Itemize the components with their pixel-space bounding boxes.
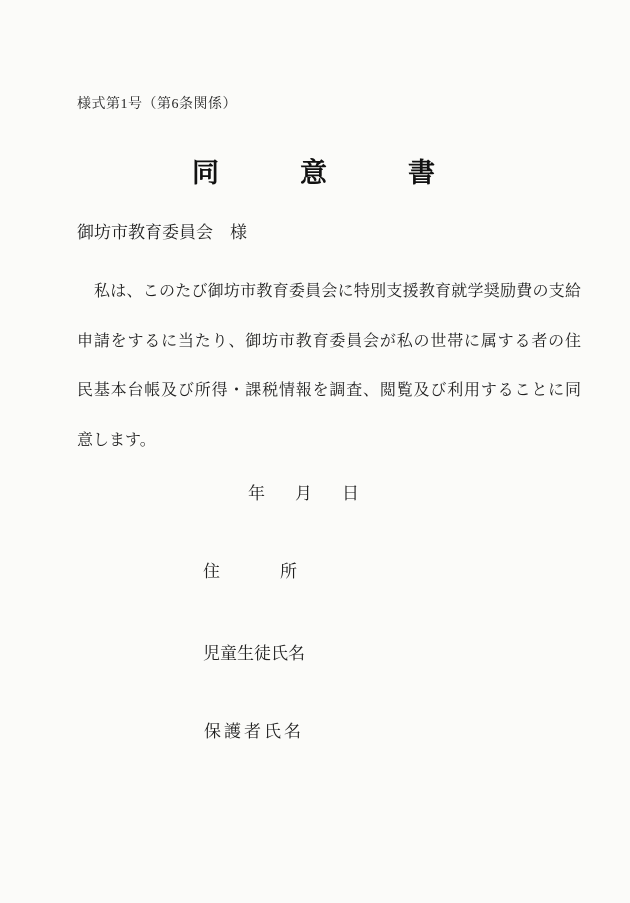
body-line-1: 私は、このたび御坊市教育委員会に特別支援教育就学奨励費の支給 bbox=[77, 267, 581, 317]
body-line-4: 意します。 bbox=[77, 416, 581, 466]
date-line: 年 月 日 bbox=[248, 485, 359, 502]
address-label: 住 所 bbox=[203, 563, 297, 581]
guardian-name-label: 保護者氏名 bbox=[204, 723, 304, 741]
consent-paragraph: 私は、このたび御坊市教育委員会に特別支援教育就学奨励費の支給 申請をするに当たり… bbox=[77, 267, 581, 465]
form-number-note: 様式第1号（第6条関係） bbox=[77, 97, 237, 113]
address-label-char-1: 住 bbox=[203, 563, 220, 581]
title-char-2: 意 bbox=[300, 159, 327, 187]
body-line-2: 申請をするに当たり、御坊市教育委員会が私の世帯に属する者の住 bbox=[77, 317, 581, 367]
consent-form-page: 様式第1号（第6条関係） 同 意 書 御坊市教育委員会 様 私は、このたび御坊市… bbox=[0, 0, 630, 903]
day-label: 日 bbox=[342, 485, 359, 502]
student-name-label: 児童生徒氏名 bbox=[203, 645, 305, 663]
body-line-3: 民基本台帳及び所得・課税情報を調査、閲覧及び利用することに同 bbox=[77, 366, 581, 416]
year-label: 年 bbox=[248, 485, 265, 502]
recipient-line: 御坊市教育委員会 様 bbox=[77, 224, 247, 242]
title-char-3: 書 bbox=[408, 159, 435, 187]
document-title: 同 意 書 bbox=[192, 159, 435, 187]
address-label-char-2: 所 bbox=[280, 563, 297, 581]
title-char-1: 同 bbox=[192, 159, 219, 187]
month-label: 月 bbox=[295, 485, 312, 502]
